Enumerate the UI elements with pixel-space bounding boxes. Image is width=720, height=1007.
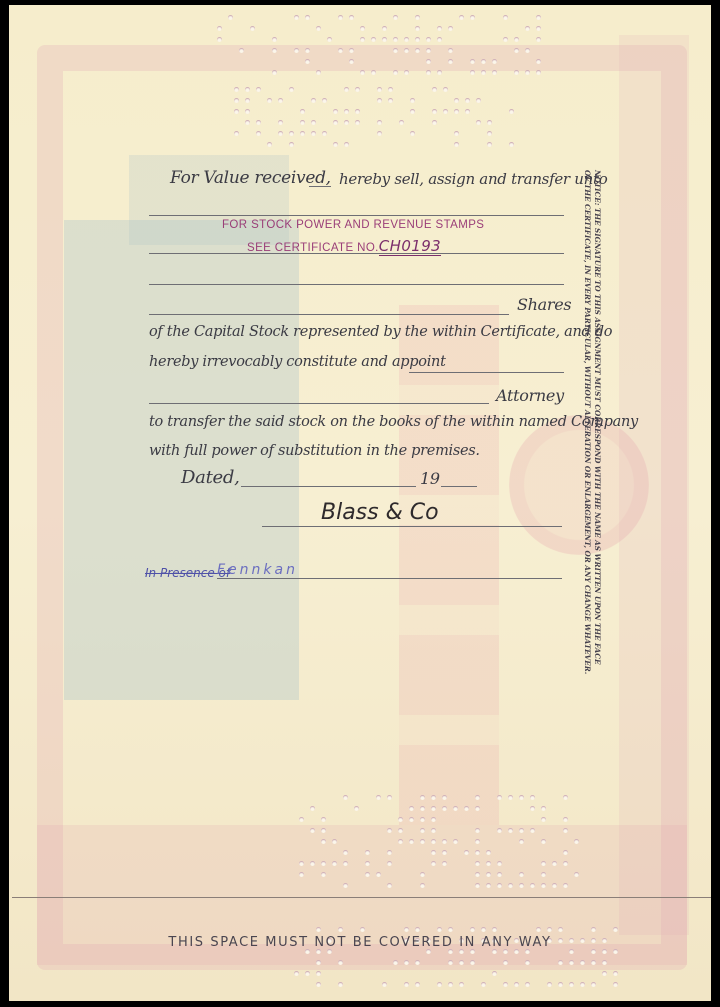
- attorney-name-line-1[interactable]: [409, 372, 564, 373]
- attorney-label: Attorney: [496, 386, 564, 405]
- year-line[interactable]: [441, 486, 477, 487]
- space-warning-text: THIS SPACE MUST NOT BE COVERED IN ANY WA…: [9, 935, 711, 950]
- certificate-back-paper: For Value received, hereby sell, assign …: [9, 5, 711, 1001]
- witness-signature: Fennkan: [217, 562, 298, 578]
- date-line[interactable]: [241, 486, 416, 487]
- capital-stock-text: of the Capital Stock represented by the …: [149, 324, 612, 340]
- assignor-blank: [309, 186, 331, 187]
- appoint-text: hereby irrevocably constitute and appoin…: [149, 354, 446, 370]
- shares-count-line[interactable]: [149, 314, 509, 315]
- dated-label: Dated,: [181, 467, 240, 488]
- stamp-line-1: For Stock Power and Revenue Stamps: [222, 219, 484, 231]
- year-prefix: 19: [420, 469, 440, 488]
- assignor-signature-line[interactable]: [262, 526, 562, 527]
- substitution-text: with full power of substitution in the p…: [149, 443, 480, 459]
- signature-notice: Notice: The signature to this assignment…: [582, 170, 602, 610]
- notice-line-2: of the certificate, in every particular,…: [582, 170, 592, 610]
- assignee-line-3[interactable]: [149, 284, 564, 285]
- transfer-text: to transfer the said stock on the books …: [149, 414, 638, 430]
- notice-line-1: Notice: The signature to this assignment…: [592, 170, 602, 610]
- witness-signature-line[interactable]: [217, 578, 562, 579]
- attorney-name-line-2[interactable]: [149, 403, 489, 404]
- sell-assign-transfer-text: hereby sell, assign and transfer unto: [339, 170, 607, 188]
- shares-label: Shares: [517, 295, 571, 314]
- assignee-line-1[interactable]: [149, 215, 564, 216]
- bottom-divider: [12, 897, 711, 898]
- assignee-line-2[interactable]: [149, 253, 564, 254]
- assignment-form: For Value received, hereby sell, assign …: [9, 5, 711, 1001]
- for-value-received-text: For Value received,: [170, 168, 331, 188]
- assignor-signature: Blass & Co: [321, 500, 439, 525]
